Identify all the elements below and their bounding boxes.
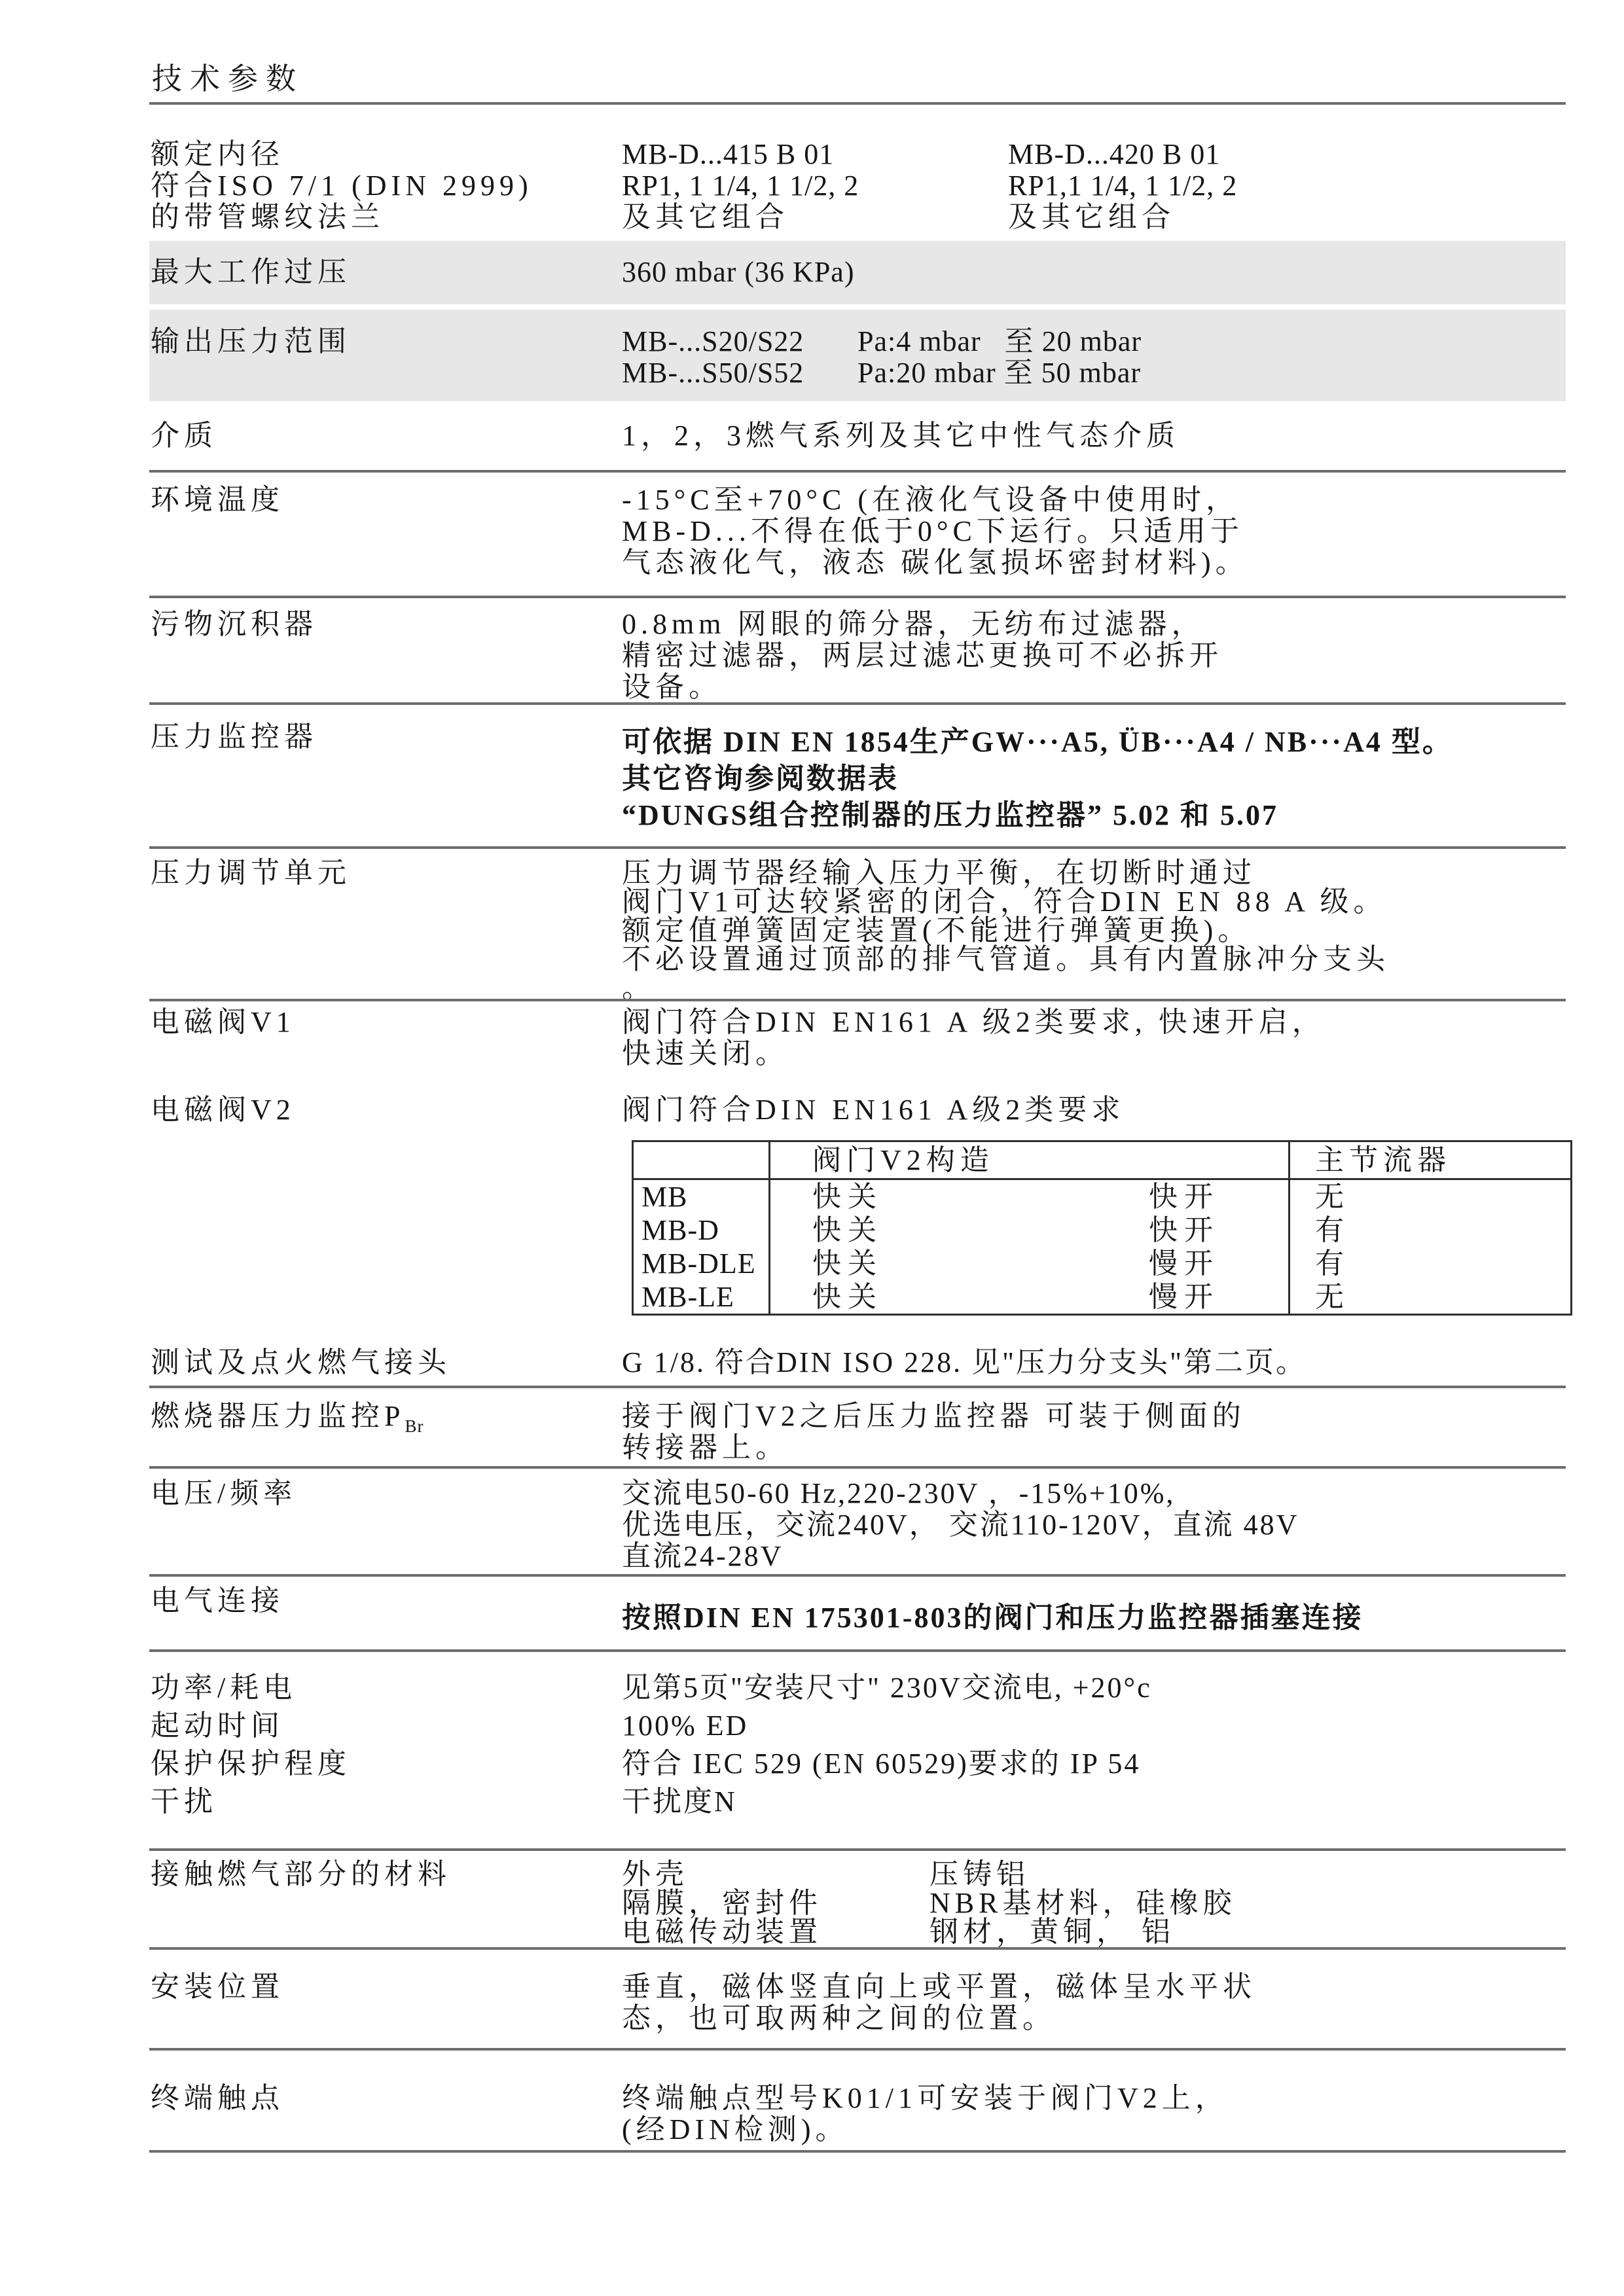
- materials-values: 外壳 压铸铝 隔膜，密封件 NBR基材料，硅橡胶 电磁传动装置 钢材，黄铜， 铝: [622, 1860, 1566, 1946]
- value-line: RP1,1 1/4, 1 1/2, 2: [1008, 170, 1237, 202]
- row-label-test-connection: 测试及点火燃气接头: [151, 1347, 622, 1378]
- row-label-electrical: 电气连接: [151, 1585, 622, 1617]
- row-valve-v2: 电磁阀V2 阀门符合DIN EN161 A级2类要求: [151, 1094, 1566, 1126]
- divider: [149, 1574, 1566, 1577]
- row-label-valve-v2: 电磁阀V2: [151, 1094, 622, 1126]
- row-test-connection: 测试及点火燃气接头 G 1/8. 符合DIN ISO 228. 见"压力分支头"…: [151, 1347, 1566, 1378]
- value-line: 1，2，3燃气系列及其它中性气态介质: [622, 420, 1566, 452]
- open-behavior: 快开: [1149, 1181, 1219, 1213]
- row-label-pressure-monitor: 压力监控器: [151, 719, 622, 755]
- row-label-mounting: 安装位置: [151, 1971, 622, 2003]
- label-line: 保护保护程度: [151, 1745, 622, 1783]
- label-line: 的带管螺纹法兰: [151, 202, 622, 233]
- open-behavior: 慢开: [1149, 1247, 1219, 1280]
- label-line: 电气连接: [151, 1585, 622, 1617]
- regulator-values: 压力调节器经输入压力平衡，在切断时通过 阀门V1可达较紧密的闭合，符合DIN E…: [622, 859, 1566, 1003]
- label-line: 输出压力范围: [151, 326, 622, 357]
- label-line: 最大工作过压: [151, 257, 622, 288]
- material-pair: 隔膜，密封件 NBR基材料，硅橡胶: [622, 1889, 1566, 1918]
- pressure-range: Pa:4 mbar 至 20 mbar: [857, 326, 1142, 357]
- table-cell-throttle: 有: [1288, 1213, 1570, 1247]
- close-behavior: 快关: [812, 1247, 1149, 1280]
- value-line: 阀门符合DIN EN161 A 级2类要求, 快速开启，: [622, 1007, 1566, 1038]
- label-line: 污物沉积器: [151, 609, 622, 640]
- label-line: 环境温度: [151, 484, 622, 516]
- row-power-block: 功率/耗电 起动时间 保护保护程度 干扰 见第5页"安装尺寸" 230V交流电,…: [151, 1669, 1566, 1821]
- row-label-outlet-range: 输出压力范围: [151, 326, 622, 357]
- divider: [149, 846, 1566, 849]
- row-burner-monitor: 燃烧器压力监控PBr 接于阀门V2之后压力监控器 可装于侧面的 转接器上。: [151, 1401, 1566, 1463]
- dirt-trap-values: 0.8mm 网眼的筛分器，无纺布过滤器， 精密过滤器，两层过滤芯更换可不必拆开 …: [622, 609, 1566, 703]
- label-line: 测试及点火燃气接头: [151, 1347, 622, 1378]
- label-line: 额定内径: [151, 139, 622, 170]
- row-nominal-diameter: 额定内径 符合ISO 7/1 (DIN 2999) 的带管螺纹法兰 MB-D..…: [151, 139, 1566, 233]
- value-line: 不必设置通过顶部的排气管道。具有内置脉冲分支头: [622, 945, 1566, 974]
- row-max-pressure: 最大工作过压 360 mbar (36 KPa): [151, 257, 1566, 288]
- row-regulator: 压力调节单元 压力调节器经输入压力平衡，在切断时通过 阀门V1可达较紧密的闭合，…: [151, 859, 1566, 1003]
- table-cell-throttle: 有: [1288, 1247, 1570, 1280]
- row-label-nominal-diameter: 额定内径 符合ISO 7/1 (DIN 2999) 的带管螺纹法兰: [151, 139, 622, 233]
- divider: [149, 470, 1566, 473]
- value-line: 见第5页"安装尺寸" 230V交流电, +20°c: [622, 1669, 1566, 1707]
- ambient-values: -15°C至+70°C (在液化气设备中使用时， MB-D...不得在低于0°C…: [622, 484, 1566, 579]
- label-line: 终端触点: [151, 2083, 622, 2114]
- row-electrical-connection: 电气连接 按照DIN EN 175301-803的阀门和压力监控器插塞连接: [151, 1585, 1566, 1634]
- end-contact-values: 终端触点型号K01/1可安装于阀门V2上， (经DIN检测)。: [622, 2083, 1566, 2145]
- label-line: 电磁阀V2: [151, 1094, 622, 1126]
- medium-value: 1，2，3燃气系列及其它中性气态介质: [622, 420, 1566, 452]
- value-line: 转接器上。: [622, 1432, 1566, 1463]
- power-values: 见第5页"安装尺寸" 230V交流电, +20°c 100% ED 符合 IEC…: [622, 1669, 1566, 1821]
- value-line: 设备。: [622, 672, 1566, 703]
- row-ambient-temperature: 环境温度 -15°C至+70°C (在液化气设备中使用时， MB-D...不得在…: [151, 484, 1566, 579]
- value-line: 终端触点型号K01/1可安装于阀门V2上，: [622, 2083, 1566, 2114]
- mounting-values: 垂直，磁体竖直向上或平置，磁体呈水平状 态，也可取两种之间的位置。: [622, 1971, 1566, 2034]
- component-name: 外壳: [622, 1860, 929, 1889]
- outlet-range-line: MB-...S50/S52 Pa:20 mbar 至 50 mbar: [622, 357, 1566, 389]
- table-cell-model: MB-LE: [634, 1280, 770, 1314]
- divider: [149, 999, 1566, 1001]
- divider: [149, 702, 1566, 705]
- divider: [149, 1848, 1566, 1851]
- row-medium: 介质 1，2，3燃气系列及其它中性气态介质: [151, 420, 1566, 452]
- value-line: MB-D...不得在低于0°C下运行。只适用于: [622, 516, 1566, 547]
- label-line: 压力调节单元: [151, 859, 622, 888]
- value-line: (经DIN检测)。: [622, 2114, 1566, 2145]
- row-label-materials: 接触燃气部分的材料: [151, 1860, 622, 1889]
- value-line: G 1/8. 符合DIN ISO 228. 见"压力分支头"第二页。: [622, 1347, 1566, 1378]
- value-line: “DUNGS组合控制器的压力监控器” 5.02 和 5.07: [622, 797, 1566, 834]
- label-line: 符合ISO 7/1 (DIN 2999): [151, 170, 622, 202]
- label-line: 起动时间: [151, 1707, 622, 1745]
- divider: [149, 1947, 1566, 1950]
- page-title: 技术参数: [152, 55, 304, 98]
- value-line: -15°C至+70°C (在液化气设备中使用时，: [622, 484, 1566, 516]
- table-header-throttle: 主节流器: [1288, 1142, 1570, 1180]
- value-line: 态，也可取两种之间的位置。: [622, 2003, 1566, 2034]
- burner-monitor-values: 接于阀门V2之后压力监控器 可装于侧面的 转接器上。: [622, 1401, 1566, 1463]
- row-valve-v1: 电磁阀V1 阀门符合DIN EN161 A 级2类要求, 快速开启， 快速关闭。: [151, 1007, 1566, 1069]
- value-line: 压力调节器经输入压力平衡，在切断时通过: [622, 859, 1566, 888]
- value-line: 交流电50-60 Hz,220-230V ，-15%+10%,: [622, 1478, 1566, 1509]
- row-pressure-monitor: 压力监控器 可依据 DIN EN 1854生产GW···A5, ÜB···A4 …: [151, 719, 1566, 834]
- value-line: 可依据 DIN EN 1854生产GW···A5, ÜB···A4 / NB··…: [622, 724, 1566, 761]
- material-pair: 外壳 压铸铝: [622, 1860, 1566, 1889]
- material-name: 压铸铝: [929, 1860, 1030, 1889]
- outlet-range-line: MB-...S20/S22 Pa:4 mbar 至 20 mbar: [622, 326, 1566, 357]
- value-line: 垂直，磁体竖直向上或平置，磁体呈水平状: [622, 1971, 1566, 2003]
- row-label-voltage: 电压/频率: [151, 1478, 622, 1509]
- table-cell-construction: 快关快开: [770, 1180, 1288, 1213]
- table-cell-model: MB-D: [634, 1213, 770, 1247]
- value-line: 干扰度N: [622, 1783, 1566, 1821]
- label-line: 电磁阀V1: [151, 1007, 622, 1038]
- value-line: 按照DIN EN 175301-803的阀门和压力监控器插塞连接: [622, 1602, 1566, 1634]
- voltage-values: 交流电50-60 Hz,220-230V ，-15%+10%, 优选电压，交流2…: [622, 1478, 1566, 1572]
- table-cell-construction: 快关慢开: [770, 1247, 1288, 1280]
- label-line: 功率/耗电: [151, 1669, 622, 1707]
- variant-column-420: MB-D...420 B 01 RP1,1 1/4, 1 1/2, 2 及其它组…: [1008, 139, 1237, 233]
- max-pressure-value: 360 mbar (36 KPa): [622, 257, 1566, 288]
- table-cell-model: MB-DLE: [634, 1247, 770, 1280]
- open-behavior: 快开: [1149, 1214, 1219, 1246]
- close-behavior: 快关: [812, 1180, 1149, 1213]
- table-cell-model: MB: [634, 1180, 770, 1213]
- component-name: 隔膜，密封件: [622, 1889, 929, 1918]
- material-name: NBR基材料，硅橡胶: [929, 1889, 1236, 1918]
- row-label-ambient: 环境温度: [151, 484, 622, 516]
- valve-v2-value: 阀门符合DIN EN161 A级2类要求: [622, 1094, 1566, 1126]
- value-line: 0.8mm 网眼的筛分器，无纺布过滤器，: [622, 609, 1566, 640]
- value-line: 快速关闭。: [622, 1038, 1566, 1069]
- divider: [149, 1386, 1566, 1388]
- value-line: 精密过滤器，两层过滤芯更换可不必拆开: [622, 640, 1566, 672]
- value-line: 接于阀门V2之后压力监控器 可装于侧面的: [622, 1401, 1566, 1432]
- row-materials: 接触燃气部分的材料 外壳 压铸铝 隔膜，密封件 NBR基材料，硅橡胶 电磁传动装…: [151, 1860, 1566, 1946]
- divider: [149, 102, 1566, 105]
- electrical-value: 按照DIN EN 175301-803的阀门和压力监控器插塞连接: [622, 1585, 1566, 1634]
- row-outlet-range: 输出压力范围 MB-...S20/S22 Pa:4 mbar 至 20 mbar…: [151, 326, 1566, 389]
- label-line: 电压/频率: [151, 1478, 622, 1509]
- outlet-range-values: MB-...S20/S22 Pa:4 mbar 至 20 mbar MB-...…: [622, 326, 1566, 389]
- test-connection-value: G 1/8. 符合DIN ISO 228. 见"压力分支头"第二页。: [622, 1347, 1566, 1378]
- material-name: 钢材，黄铜， 铝: [929, 1918, 1175, 1946]
- row-label-regulator: 压力调节单元: [151, 859, 622, 888]
- value-line: 符合 IEC 529 (EN 60529)要求的 IP 54: [622, 1745, 1566, 1783]
- valve-v1-values: 阀门符合DIN EN161 A 级2类要求, 快速开启， 快速关闭。: [622, 1007, 1566, 1069]
- value-line: 及其它组合: [1008, 202, 1237, 233]
- value-line: 优选电压，交流240V， 交流110-120V，直流 48V: [622, 1509, 1566, 1541]
- valve-v2-table: 阀门V2构造 主节流器 MB 快关快开 无 MB-D 快关快开 有 MB-DLE…: [632, 1140, 1572, 1316]
- open-behavior: 慢开: [1149, 1281, 1219, 1313]
- table-cell-throttle: 无: [1288, 1280, 1570, 1314]
- close-behavior: 快关: [812, 1213, 1149, 1247]
- value-line: 直流24-28V: [622, 1541, 1566, 1572]
- label-line: 介质: [151, 420, 622, 452]
- value-line: RP1, 1 1/4, 1 1/2, 2: [622, 170, 1008, 202]
- label-line: 接触燃气部分的材料: [151, 1860, 622, 1889]
- row-labels-power: 功率/耗电 起动时间 保护保护程度 干扰: [151, 1669, 622, 1821]
- value-line: 阀门V1可达较紧密的闭合，符合DIN EN 88 A 级。: [622, 888, 1566, 916]
- label-line: 干扰: [151, 1783, 622, 1821]
- label-main: 燃烧器压力监控P: [151, 1400, 405, 1432]
- divider: [149, 1466, 1566, 1469]
- datasheet-page: 技术参数 额定内径 符合ISO 7/1 (DIN 2999) 的带管螺纹法兰 M…: [0, 0, 1624, 2296]
- pressure-monitor-values: 可依据 DIN EN 1854生产GW···A5, ÜB···A4 / NB··…: [622, 724, 1566, 834]
- model-name: MB-...S50/S52: [622, 357, 857, 389]
- value-line: 气态液化气，液态 碳化氢损坏密封材料)。: [622, 547, 1566, 579]
- divider: [149, 1649, 1566, 1652]
- label-line: 安装位置: [151, 1971, 622, 2003]
- table-header-model: [634, 1142, 770, 1180]
- row-label-dirt-trap: 污物沉积器: [151, 609, 622, 640]
- close-behavior: 快关: [812, 1280, 1149, 1314]
- value-line: MB-D...420 B 01: [1008, 139, 1237, 170]
- table-cell-construction: 快关快开: [770, 1213, 1288, 1247]
- divider: [149, 596, 1566, 598]
- value-line: 100% ED: [622, 1707, 1566, 1745]
- row-voltage-frequency: 电压/频率 交流电50-60 Hz,220-230V ，-15%+10%, 优选…: [151, 1478, 1566, 1572]
- label-line: 压力监控器: [151, 719, 622, 755]
- table-header-construction: 阀门V2构造: [770, 1142, 1288, 1180]
- variant-column-415: MB-D...415 B 01 RP1, 1 1/4, 1 1/2, 2 及其它…: [622, 139, 1008, 233]
- model-name: MB-...S20/S22: [622, 326, 857, 357]
- row-mounting-position: 安装位置 垂直，磁体竖直向上或平置，磁体呈水平状 态，也可取两种之间的位置。: [151, 1971, 1566, 2034]
- label-subscript: Br: [405, 1416, 424, 1436]
- divider: [149, 2150, 1566, 2153]
- row-label-medium: 介质: [151, 420, 622, 452]
- value-line: 额定值弹簧固定装置(不能进行弹簧更换)。: [622, 916, 1566, 945]
- value-line: 阀门符合DIN EN161 A级2类要求: [622, 1094, 1566, 1126]
- component-name: 电磁传动装置: [622, 1918, 929, 1946]
- value-line: MB-D...415 B 01: [622, 139, 1008, 170]
- table-cell-throttle: 无: [1288, 1180, 1570, 1213]
- value-line: 其它咨询参阅数据表: [622, 761, 1566, 797]
- row-label-valve-v1: 电磁阀V1: [151, 1007, 622, 1038]
- row-label-burner-monitor: 燃烧器压力监控PBr: [151, 1401, 622, 1442]
- row-dirt-trap: 污物沉积器 0.8mm 网眼的筛分器，无纺布过滤器， 精密过滤器，两层过滤芯更换…: [151, 609, 1566, 703]
- divider: [149, 2048, 1566, 2051]
- label-line: 燃烧器压力监控PBr: [151, 1401, 622, 1442]
- pressure-range: Pa:20 mbar 至 50 mbar: [857, 357, 1141, 389]
- row-label-max-pressure: 最大工作过压: [151, 257, 622, 288]
- value-line: 360 mbar (36 KPa): [622, 257, 1566, 288]
- value-line: 及其它组合: [622, 202, 1008, 233]
- row-end-contact: 终端触点 终端触点型号K01/1可安装于阀门V2上， (经DIN检测)。: [151, 2083, 1566, 2145]
- table-cell-construction: 快关慢开: [770, 1280, 1288, 1314]
- material-pair: 电磁传动装置 钢材，黄铜， 铝: [622, 1918, 1566, 1946]
- row-label-end-contact: 终端触点: [151, 2083, 622, 2114]
- nominal-diameter-values: MB-D...415 B 01 RP1, 1 1/4, 1 1/2, 2 及其它…: [622, 139, 1566, 233]
